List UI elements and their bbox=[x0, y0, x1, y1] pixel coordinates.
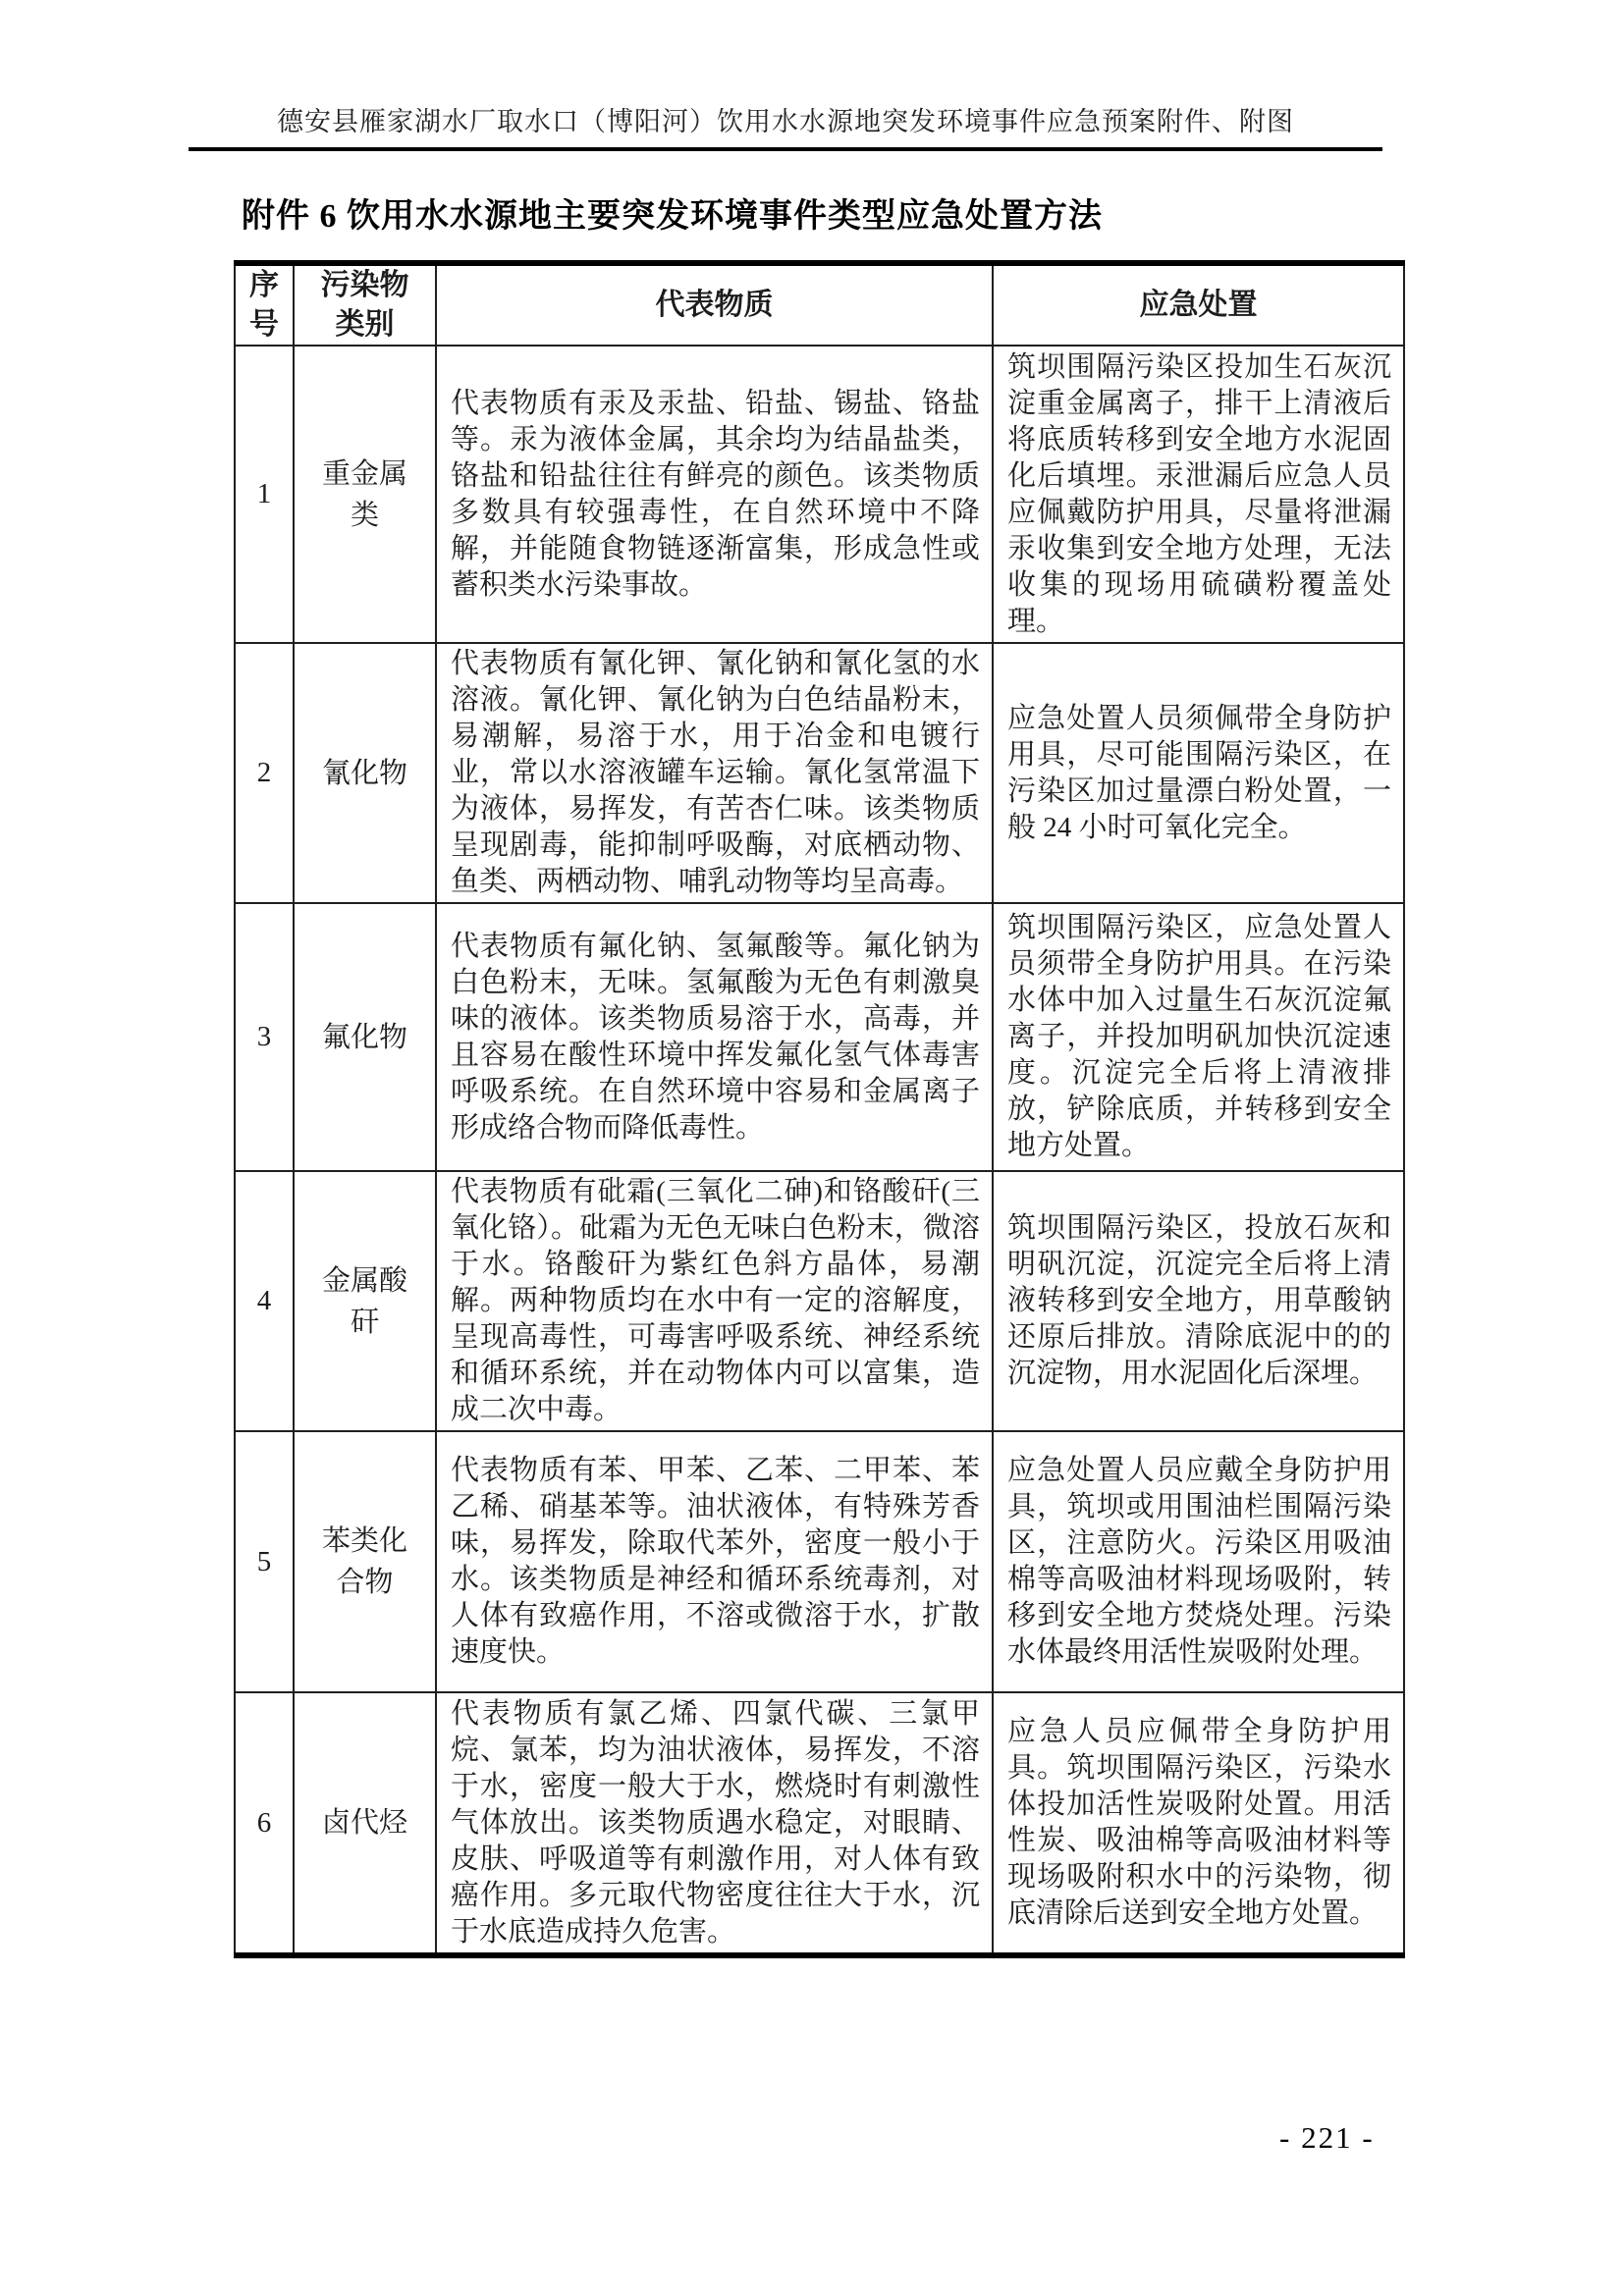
representative-substances: 代表物质有氰化钾、氰化钠和氰化氢的水溶液。氰化钾、氰化钠为白色结晶粉末，易潮解，… bbox=[436, 643, 993, 903]
page-title: 附件 6 饮用水水源地主要突发环境事件类型应急处置方法 bbox=[242, 188, 1103, 237]
table-row: 5 苯类化合物 代表物质有苯、甲苯、乙苯、二甲苯、苯乙稀、硝基苯等。油状液体，有… bbox=[235, 1431, 1404, 1692]
emergency-response: 筑坝围隔污染区投加生石灰沉淀重金属离子，排干上清液后将底质转移到安全地方水泥固化… bbox=[993, 346, 1404, 643]
table-row: 3 氟化物 代表物质有氟化钠、氢氟酸等。氟化钠为白色粉末，无味。氢氟酸为无色有刺… bbox=[235, 903, 1404, 1171]
row-number: 2 bbox=[235, 643, 294, 903]
representative-substances: 代表物质有氟化钠、氢氟酸等。氟化钠为白色粉末，无味。氢氟酸为无色有刺激臭味的液体… bbox=[436, 903, 993, 1171]
column-header-no: 序 号 bbox=[235, 263, 294, 346]
pollutant-category: 氰化物 bbox=[294, 643, 436, 903]
page-header: 德安县雁家湖水厂取水口（博阳河）饮用水水源地突发环境事件应急预案附件、附图 bbox=[189, 102, 1382, 151]
representative-substances: 代表物质有氯乙烯、四氯代碳、三氯甲烷、氯苯，均为油状液体，易挥发，不溶于水，密度… bbox=[436, 1692, 993, 1955]
pollutant-category: 卤代烃 bbox=[294, 1692, 436, 1955]
pollutant-category: 重金属类 bbox=[294, 346, 436, 643]
emergency-response: 筑坝围隔污染区，投放石灰和明矾沉淀，沉淀完全后将上清液转移到安全地方，用草酸钠还… bbox=[993, 1171, 1404, 1431]
pollutant-category: 氟化物 bbox=[294, 903, 436, 1171]
emergency-response: 应急处置人员应戴全身防护用具，筑坝或用围油栏围隔污染区，注意防火。污染区用吸油棉… bbox=[993, 1431, 1404, 1692]
table-row: 4 金属酸矸 代表物质有砒霜(三氧化二砷)和铬酸矸(三氧化铬）。砒霜为无色无味白… bbox=[235, 1171, 1404, 1431]
table-header-row: 序 号 污染物 类别 代表物质 应急处置 bbox=[235, 263, 1404, 346]
emergency-response: 筑坝围隔污染区，应急处置人员须带全身防护用具。在污染水体中加入过量生石灰沉淀氟离… bbox=[993, 903, 1404, 1171]
representative-substances: 代表物质有汞及汞盐、铅盐、锡盐、铬盐等。汞为液体金属，其余均为结晶盐类，铬盐和铅… bbox=[436, 346, 993, 643]
table-row: 1 重金属类 代表物质有汞及汞盐、铅盐、锡盐、铬盐等。汞为液体金属，其余均为结晶… bbox=[235, 346, 1404, 643]
row-number: 4 bbox=[235, 1171, 294, 1431]
pollutant-category: 金属酸矸 bbox=[294, 1171, 436, 1431]
column-header-response: 应急处置 bbox=[993, 263, 1404, 346]
pollutant-response-table: 序 号 污染物 类别 代表物质 应急处置 1 重金属类 代表物质有汞及汞盐、铅盐… bbox=[234, 260, 1405, 1958]
representative-substances: 代表物质有苯、甲苯、乙苯、二甲苯、苯乙稀、硝基苯等。油状液体，有特殊芳香味，易挥… bbox=[436, 1431, 993, 1692]
table-row: 6 卤代烃 代表物质有氯乙烯、四氯代碳、三氯甲烷、氯苯，均为油状液体，易挥发，不… bbox=[235, 1692, 1404, 1955]
emergency-response: 应急处置人员须佩带全身防护用具，尽可能围隔污染区，在污染区加过量漂白粉处置，一般… bbox=[993, 643, 1404, 903]
page-number: - 221 - bbox=[1279, 2120, 1375, 2156]
pollutant-category: 苯类化合物 bbox=[294, 1431, 436, 1692]
column-header-substances: 代表物质 bbox=[436, 263, 993, 346]
representative-substances: 代表物质有砒霜(三氧化二砷)和铬酸矸(三氧化铬）。砒霜为无色无味白色粉末，微溶于… bbox=[436, 1171, 993, 1431]
table-row: 2 氰化物 代表物质有氰化钾、氰化钠和氰化氢的水溶液。氰化钾、氰化钠为白色结晶粉… bbox=[235, 643, 1404, 903]
row-number: 5 bbox=[235, 1431, 294, 1692]
row-number: 3 bbox=[235, 903, 294, 1171]
row-number: 1 bbox=[235, 346, 294, 643]
emergency-response: 应急人员应佩带全身防护用具。筑坝围隔污染区，污染水体投加活性炭吸附处置。用活性炭… bbox=[993, 1692, 1404, 1955]
row-number: 6 bbox=[235, 1692, 294, 1955]
column-header-category: 污染物 类别 bbox=[294, 263, 436, 346]
